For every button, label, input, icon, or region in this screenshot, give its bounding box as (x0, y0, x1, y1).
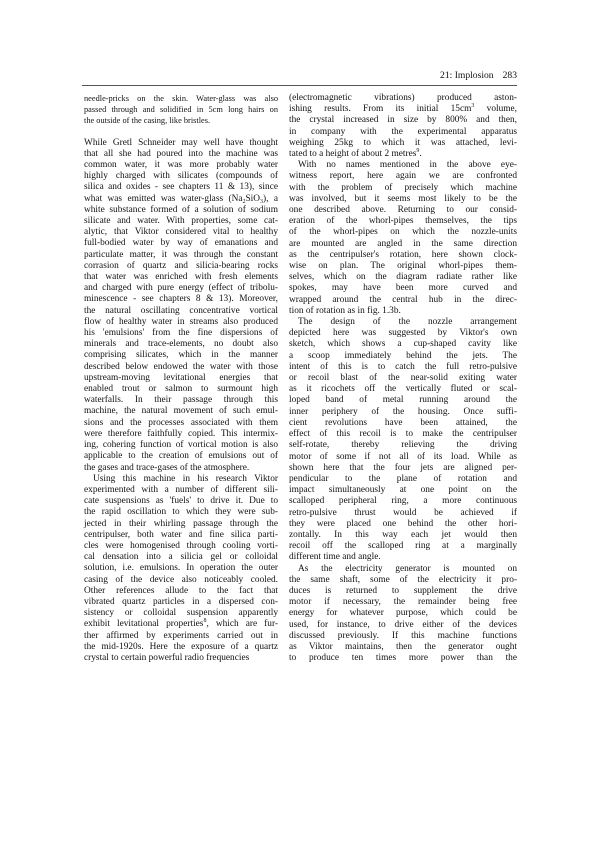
text-line: crystal to certain powerful radio freque… (84, 653, 278, 664)
text-line: his 'emulsions' from the fine dispersion… (84, 328, 278, 339)
text-line: With no names mentioned in the above eye… (289, 160, 517, 171)
text-line: the same shaft, some of the electricity … (289, 575, 517, 586)
text-line: motor if necessary, the remainder being … (289, 597, 517, 608)
text-line: spokes, may have been more curved and (289, 283, 517, 294)
paragraph: While Gretl Schneider may well have thou… (84, 138, 278, 474)
text-fragment: ), a (263, 194, 278, 204)
text-line: the mid-1920s. Here the exposure of a qu… (84, 642, 278, 653)
left-column: needle-pricks on the skin. Water-glass w… (84, 93, 278, 664)
chapter-title: 21: Implosion (440, 70, 494, 81)
text-line: comprising silicates, which in the manne… (84, 350, 278, 361)
text-line: was involved, but it seems most likely t… (289, 194, 517, 205)
paragraph: Using this machine in his research Vikto… (84, 474, 278, 664)
text-line-footnote: tated to a height of about 2 metres9. (289, 149, 517, 160)
text-line: upstream-moving levitational energies th… (84, 373, 278, 384)
text-line: alytic, that Viktor considered vital to … (84, 227, 278, 238)
text-line: of the whorl-pipes on which the nozzle-u… (289, 227, 517, 238)
text-fragment: tated to a height of about 2 metres (289, 149, 416, 159)
text-line: sistency or colloidal suspension apparen… (84, 608, 278, 619)
text-line: and charged with pure energy (effect of … (84, 283, 278, 294)
text-line: inner periphery of the housing. Once suf… (289, 407, 517, 418)
text-line: or recoil blast of the near-solid exitin… (289, 373, 517, 384)
text-fragment: exhibit levitational properties (84, 619, 203, 629)
text-line: intent of this is to catch the full retr… (289, 362, 517, 373)
text-line: the crystal increased in size by 800% an… (289, 115, 517, 126)
text-fragment: SiO (245, 194, 260, 204)
text-line: corrasion of quartz and silicia-bearing … (84, 261, 278, 272)
running-header: 21: Implosion283 (82, 70, 517, 84)
text-fragment: . (419, 149, 421, 159)
text-line: zontally. In this way each jet would the… (289, 530, 517, 541)
text-line: As the electricity generator is mounted … (289, 564, 517, 575)
text-line: as it ricochets off the vertically flute… (289, 384, 517, 395)
text-line: sketch, which shows a cup-shaped cavity … (289, 339, 517, 350)
text-fragment: what was emitted was water-glass (Na (84, 194, 242, 204)
text-line: discussed previously. If this machine fu… (289, 631, 517, 642)
text-fragment: , which are fur- (206, 619, 278, 629)
text-line: selves, which on the diagram radiate rat… (289, 272, 517, 283)
right-column: (electromagnetic vibrations) produced as… (289, 93, 517, 664)
text-line: used, for instance, to drive either of t… (289, 620, 517, 631)
text-line: wrapped around the central hub in the di… (289, 295, 517, 306)
text-line: cles were homogenised through cooling vo… (84, 541, 278, 552)
text-line: cient revolutions have been attained, th… (289, 418, 517, 429)
text-line: sions and the processes associated with … (84, 418, 278, 429)
text-line: solution, i.e. emulsions. In operation t… (84, 563, 278, 574)
text-line: as the centripulser's rotation, here sho… (289, 250, 517, 261)
text-line: vibrated quartz particles in a dispersed… (84, 597, 278, 608)
text-line: the gases and trace-gases of the atmosph… (84, 463, 278, 474)
text-line: retro-pulsive thrust would be achieved i… (289, 508, 517, 519)
text-line: self-rotate, thereby relieving the drivi… (289, 440, 517, 451)
text-line: eration of the whorl-pipes themselves, t… (289, 216, 517, 227)
text-line: impact simultaneously at one point on th… (289, 485, 517, 496)
text-line: highly charged with silicates (compounds… (84, 171, 278, 182)
text-line: centripulser, both water and fine silica… (84, 530, 278, 541)
text-line: were therefore faithfully copied. This i… (84, 429, 278, 440)
text-line: common water, it was more probably water (84, 160, 278, 171)
text-fragment: ishing results. From its initial 15cm (289, 104, 471, 114)
text-line: scalloped peripheral ring, a more contin… (289, 496, 517, 507)
text-line: a scoop immediately behind the jets. The (289, 351, 517, 362)
text-line: different time and angle. (289, 552, 517, 563)
text-line: pendicular to the plane of rotation and (289, 474, 517, 485)
text-line-superscript: ishing results. From its initial 15cm3 v… (289, 104, 517, 115)
text-line: flow of healthy water in streams also pr… (84, 317, 278, 328)
text-line-formula: what was emitted was water-glass (Na2SiO… (84, 194, 278, 205)
text-line: white substance formed of a solution of … (84, 205, 278, 216)
text-line: they were placed one behind the other ho… (289, 519, 517, 530)
text-fragment: volume, (474, 104, 517, 114)
text-line: applicable to the creation of emulsions … (84, 451, 278, 462)
text-line: are mounted are angled in the same direc… (289, 239, 517, 250)
text-line: experimented with a number of different … (84, 485, 278, 496)
text-line: wise on plan. The original whorl-pipes t… (289, 261, 517, 272)
text-line: minescence - see chapters 8 & 13). Moreo… (84, 294, 278, 305)
text-line: in company with the experimental apparat… (289, 127, 517, 138)
text-line: the outside of the casing, like bristles… (84, 115, 278, 126)
paragraph: With no names mentioned in the above eye… (289, 160, 517, 317)
text-line: to produce ten times more power than the (289, 653, 517, 664)
text-line: waterfalls. In their passage through thi… (84, 395, 278, 406)
text-line: Other references allude to the fact that (84, 586, 278, 597)
text-line: the rapid oscillation to which they were… (84, 507, 278, 518)
text-line: needle-pricks on the skin. Water-glass w… (84, 93, 278, 104)
text-line: as Viktor maintains, then the generator … (289, 642, 517, 653)
text-line: casing of the device also noticeably coo… (84, 575, 278, 586)
text-line: While Gretl Schneider may well have thou… (84, 138, 278, 149)
text-line: witness report, here again we are confro… (289, 171, 517, 182)
text-line: ing, cohering function of vortical motio… (84, 440, 278, 451)
text-line: motor of some if not all of its load. Wh… (289, 452, 517, 463)
text-line: The design of the nozzle arrangement (289, 317, 517, 328)
text-line: loped band of metal running around the (289, 395, 517, 406)
text-line: ther affirmed by experiments carried out… (84, 631, 278, 642)
text-line: one described above. Returning to our co… (289, 205, 517, 216)
paragraph: As the electricity generator is mounted … (289, 564, 517, 665)
paragraph: The design of the nozzle arrangement dep… (289, 317, 517, 563)
text-line: silica and oxides - see chapters 11 & 13… (84, 182, 278, 193)
text-line: that water was enriched with fresh eleme… (84, 272, 278, 283)
page-number: 283 (503, 70, 517, 81)
text-line: enabled trout or salmon to surmount high (84, 384, 278, 395)
text-line: Using this machine in his research Vikto… (84, 474, 278, 485)
text-line: recoil off the scalloped ring at a margi… (289, 541, 517, 552)
text-line: (electromagnetic vibrations) produced as… (289, 93, 517, 104)
text-line: cate suspensions as 'fuels' to drive it.… (84, 496, 278, 507)
text-line: duces is returned to supplement the driv… (289, 586, 517, 597)
text-line: jected in their whirling passage through… (84, 519, 278, 530)
text-line: that all she had poured into the machine… (84, 149, 278, 160)
text-line-footnote: exhibit levitational properties8, which … (84, 619, 278, 630)
text-line: cal densation into a silicia gel or coll… (84, 552, 278, 563)
text-line: effect of this recoil is to make the cen… (289, 429, 517, 440)
block-quote: needle-pricks on the skin. Water-glass w… (84, 93, 278, 127)
text-line: with the problem of precisely which mach… (289, 183, 517, 194)
text-line: silicate and water. With properties, som… (84, 216, 278, 227)
text-line: shown here that the four jets are aligne… (289, 463, 517, 474)
paragraph: (electromagnetic vibrations) produced as… (289, 93, 517, 160)
text-line: energy for whatever purpose, which could… (289, 608, 517, 619)
text-line: passed through and solidified in 5cm lon… (84, 104, 278, 115)
text-line: the natural oscillating concentrative vo… (84, 306, 278, 317)
text-line: weighing 25kg to which it was attached, … (289, 138, 517, 149)
text-line: tion of rotation as in fig. 1.3b. (289, 306, 517, 317)
text-line: full-bodied water by way of emanations a… (84, 238, 278, 249)
header-rule (82, 85, 517, 86)
text-line: minerals and trace-elements, no doubt al… (84, 339, 278, 350)
text-line: machine, the natural movement of such em… (84, 406, 278, 417)
text-line: described below endowed the water with t… (84, 362, 278, 373)
text-line: depicted here was suggested by Viktor's … (289, 328, 517, 339)
text-line: particulate matter, it was through the c… (84, 250, 278, 261)
